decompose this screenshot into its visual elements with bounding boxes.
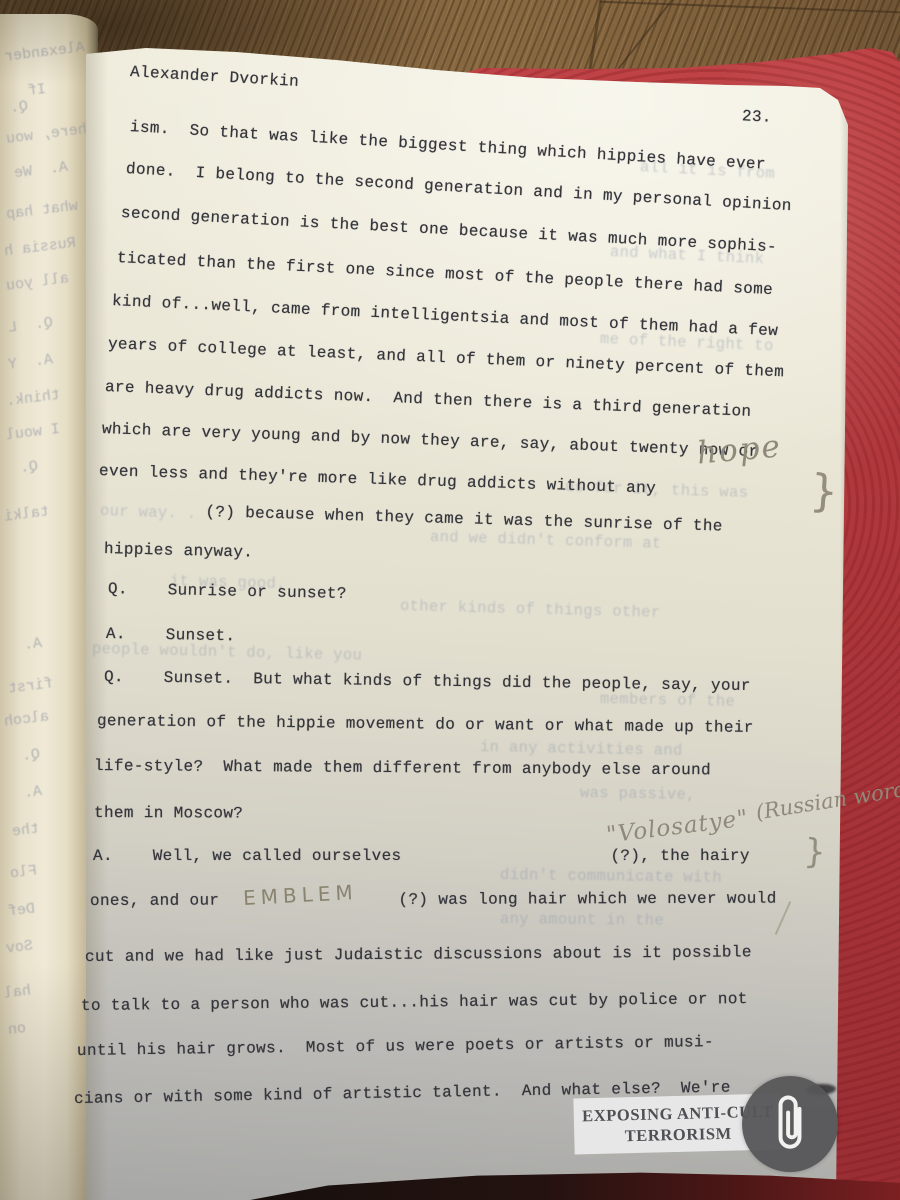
- mirrored-text-fragment: on: [7, 1020, 27, 1039]
- mirrored-text-fragment: Sov: [5, 937, 34, 957]
- mirrored-text-fragment: the: [11, 820, 40, 840]
- mirrored-text-fragment: Flo: [9, 862, 38, 882]
- mirrored-text-fragment: A.: [23, 635, 43, 654]
- mirrored-text-fragment: Def: [7, 900, 36, 920]
- mirrored-text-fragment: A.: [23, 783, 43, 802]
- bleedthrough-fragment: didn't communicate with: [500, 866, 722, 887]
- previous-page-edge: AlexanderIfQ.here, wouA. Wewhat hapRussi…: [0, 14, 98, 1200]
- mirrored-text-fragment: hal: [3, 982, 32, 1002]
- photographed-document-page: AlexanderIfQ.here, wouA. Wewhat hapRussi…: [0, 0, 900, 1200]
- mirrored-text-fragment: Q.: [19, 458, 39, 477]
- mirrored-text-fragment: Q.: [21, 746, 41, 765]
- transcript-line: them in Moscow?: [94, 804, 243, 823]
- mirrored-text-fragment: A. Y: [7, 351, 54, 373]
- paperclip-icon: [764, 1088, 816, 1160]
- bleedthrough-fragment: any amount in the: [500, 910, 664, 930]
- bleedthrough-fragment: was passive,: [580, 784, 696, 804]
- page-number: 23.: [742, 107, 773, 127]
- mirrored-text-fragment: talki: [3, 503, 50, 525]
- mirrored-text-fragment: here, wou: [5, 121, 87, 148]
- mirrored-text-fragment: Q. L: [7, 314, 54, 336]
- handwritten-brace-mark: }: [803, 831, 827, 872]
- mirrored-text-fragment: think.: [5, 387, 61, 410]
- floor-seam: [600, 1, 900, 13]
- mirrored-text-fragment: I woul: [5, 421, 61, 444]
- mirrored-text-fragment: A. We: [13, 159, 69, 182]
- mirrored-text-fragment: If: [27, 81, 47, 100]
- mirrored-text-fragment: Alexander: [3, 39, 85, 66]
- mirrored-text-fragment: Q.: [9, 98, 29, 117]
- mirrored-text-fragment: alcoh: [3, 708, 50, 730]
- bleedthrough-fragment: in any activities and: [480, 738, 683, 760]
- mirrored-text-fragment: first: [7, 675, 54, 697]
- mirrored-text-fragment: what hap: [5, 198, 79, 224]
- transcript-line: ones, and our (?) was long hair which we…: [90, 890, 777, 910]
- mirrored-text-fragment: all you: [5, 270, 70, 295]
- watermark: EXPOSING ANTI-CULT TERRORISM: [574, 1076, 840, 1176]
- handwritten-note-hope: hope: [696, 428, 784, 471]
- transcript-line: hippies anyway.: [104, 540, 254, 562]
- transcript-line: A. Sunset.: [106, 625, 236, 645]
- mirrored-text-fragment: Russia h: [3, 235, 77, 261]
- watermark-circle: [742, 1076, 838, 1172]
- transcript-line: A. Well, we called ourselves (?), the ha…: [93, 847, 750, 865]
- handwritten-brace-mark: }: [808, 465, 839, 518]
